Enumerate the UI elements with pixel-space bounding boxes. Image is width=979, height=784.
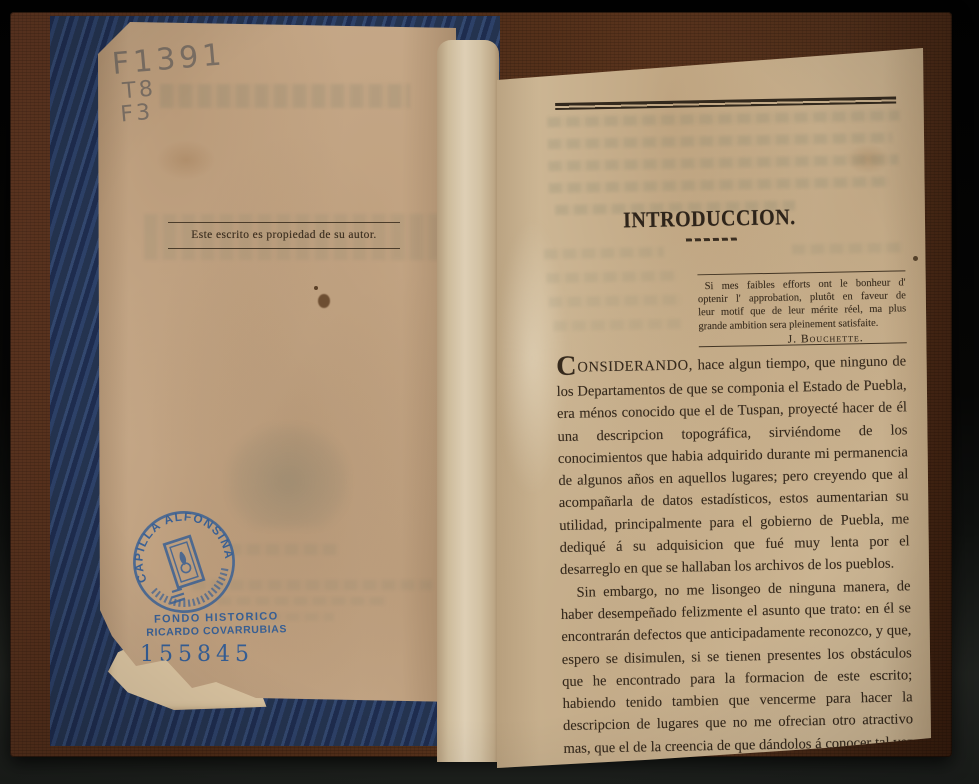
bleedthrough-text-line — [549, 295, 681, 308]
heading-flourish — [686, 238, 738, 242]
scanned-book-photo: F1391 T8 F3 Este escrito es propiedad de… — [0, 0, 979, 784]
double-rule — [555, 96, 896, 110]
bleedthrough-text-line — [549, 177, 889, 194]
epigraph: Si mes faibles efforts ont le bonheur d'… — [698, 276, 907, 348]
bleedthrough-text-line — [547, 110, 899, 127]
epigraph-rule-top — [697, 270, 905, 275]
fondo-historico-stamp: FONDO HISTORICO RICARDO COVARRUBIAS — [114, 609, 320, 639]
paragraph-text: hace algun tiempo, que ninguno de los De… — [557, 353, 910, 578]
ownership-notice: Este escrito es propiedad de su autor. — [168, 222, 400, 249]
ink-stain — [318, 294, 330, 308]
bleedthrough-text-line — [548, 133, 892, 150]
stamp-circular-text: CAPILLA ALFONSINA — [118, 496, 238, 591]
left-page: F1391 T8 F3 Este escrito es propiedad de… — [96, 20, 460, 702]
bleedthrough-text-line — [553, 319, 681, 331]
ink-speck — [314, 286, 318, 290]
bleedthrough-text-line — [792, 242, 902, 254]
pencil-call-number: F1391 T8 F3 — [111, 39, 231, 126]
chapter-heading: INTRODUCCION. — [559, 204, 859, 236]
right-page-content: INTRODUCCION. Si mes faibles efforts ont… — [488, 44, 942, 774]
bleedthrough-coat-of-arms — [226, 424, 350, 528]
bleedthrough-text-line — [546, 271, 676, 283]
bleedthrough-text-line — [544, 247, 664, 259]
stamp-hatch-arc — [154, 567, 233, 613]
bleedthrough-text-line — [548, 154, 898, 171]
stamp-doorway-emblem — [152, 536, 207, 603]
book-gutter — [437, 40, 499, 762]
body-text: CONSIDERANDO, hace algun tiempo, que nin… — [556, 346, 914, 782]
right-page: INTRODUCCION. Si mes faibles efforts ont… — [495, 48, 935, 770]
lead-word: ONSIDERANDO, — [577, 357, 693, 375]
foxing-stain — [156, 140, 216, 180]
svg-text:CAPILLA ALFONSINA: CAPILLA ALFONSINA — [118, 496, 238, 591]
initial-capital: C — [556, 351, 578, 382]
paragraph: CONSIDERANDO, hace algun tiempo, que nin… — [556, 346, 910, 581]
